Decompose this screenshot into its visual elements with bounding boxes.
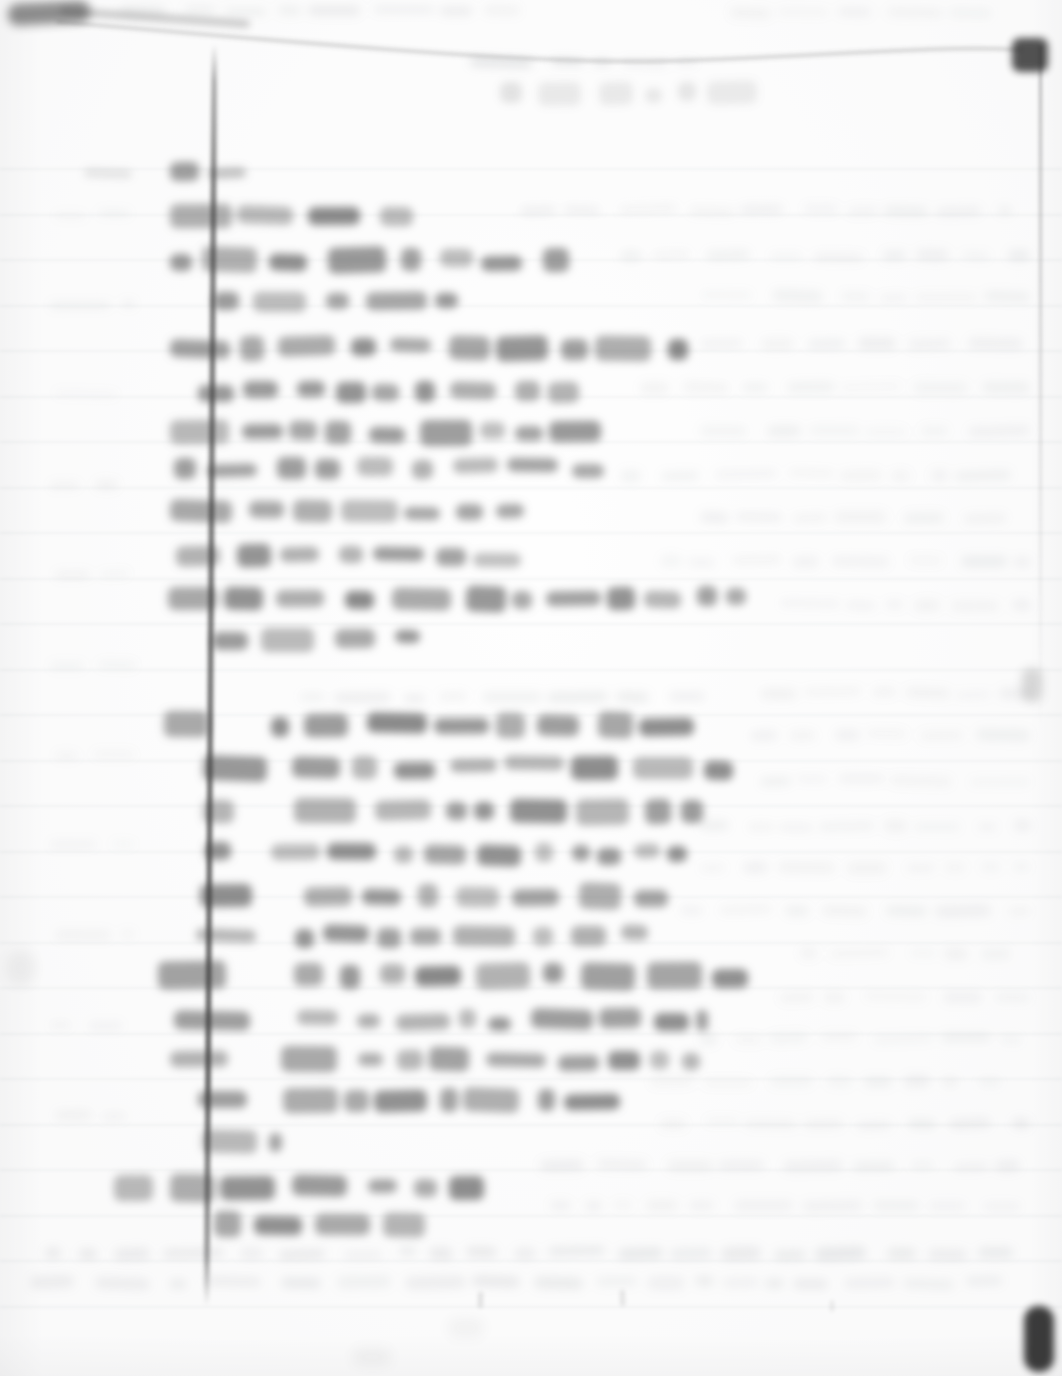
scan-artifacts-layer (0, 0, 1062, 1376)
bottom-tick-3 (830, 1300, 834, 1312)
left-edge-dot (6, 950, 36, 986)
bottom-center-smudge (352, 1348, 392, 1366)
top-right-corner-mark (1012, 38, 1048, 72)
bottom-tick-1 (478, 1292, 484, 1308)
bottom-right-edge-bar (1024, 1306, 1054, 1372)
bottom-tick-2 (620, 1290, 626, 1306)
right-edge-smudge (1022, 668, 1042, 702)
scanned-notes-page (0, 0, 1062, 1376)
bottom-smudge-2 (448, 1318, 484, 1338)
